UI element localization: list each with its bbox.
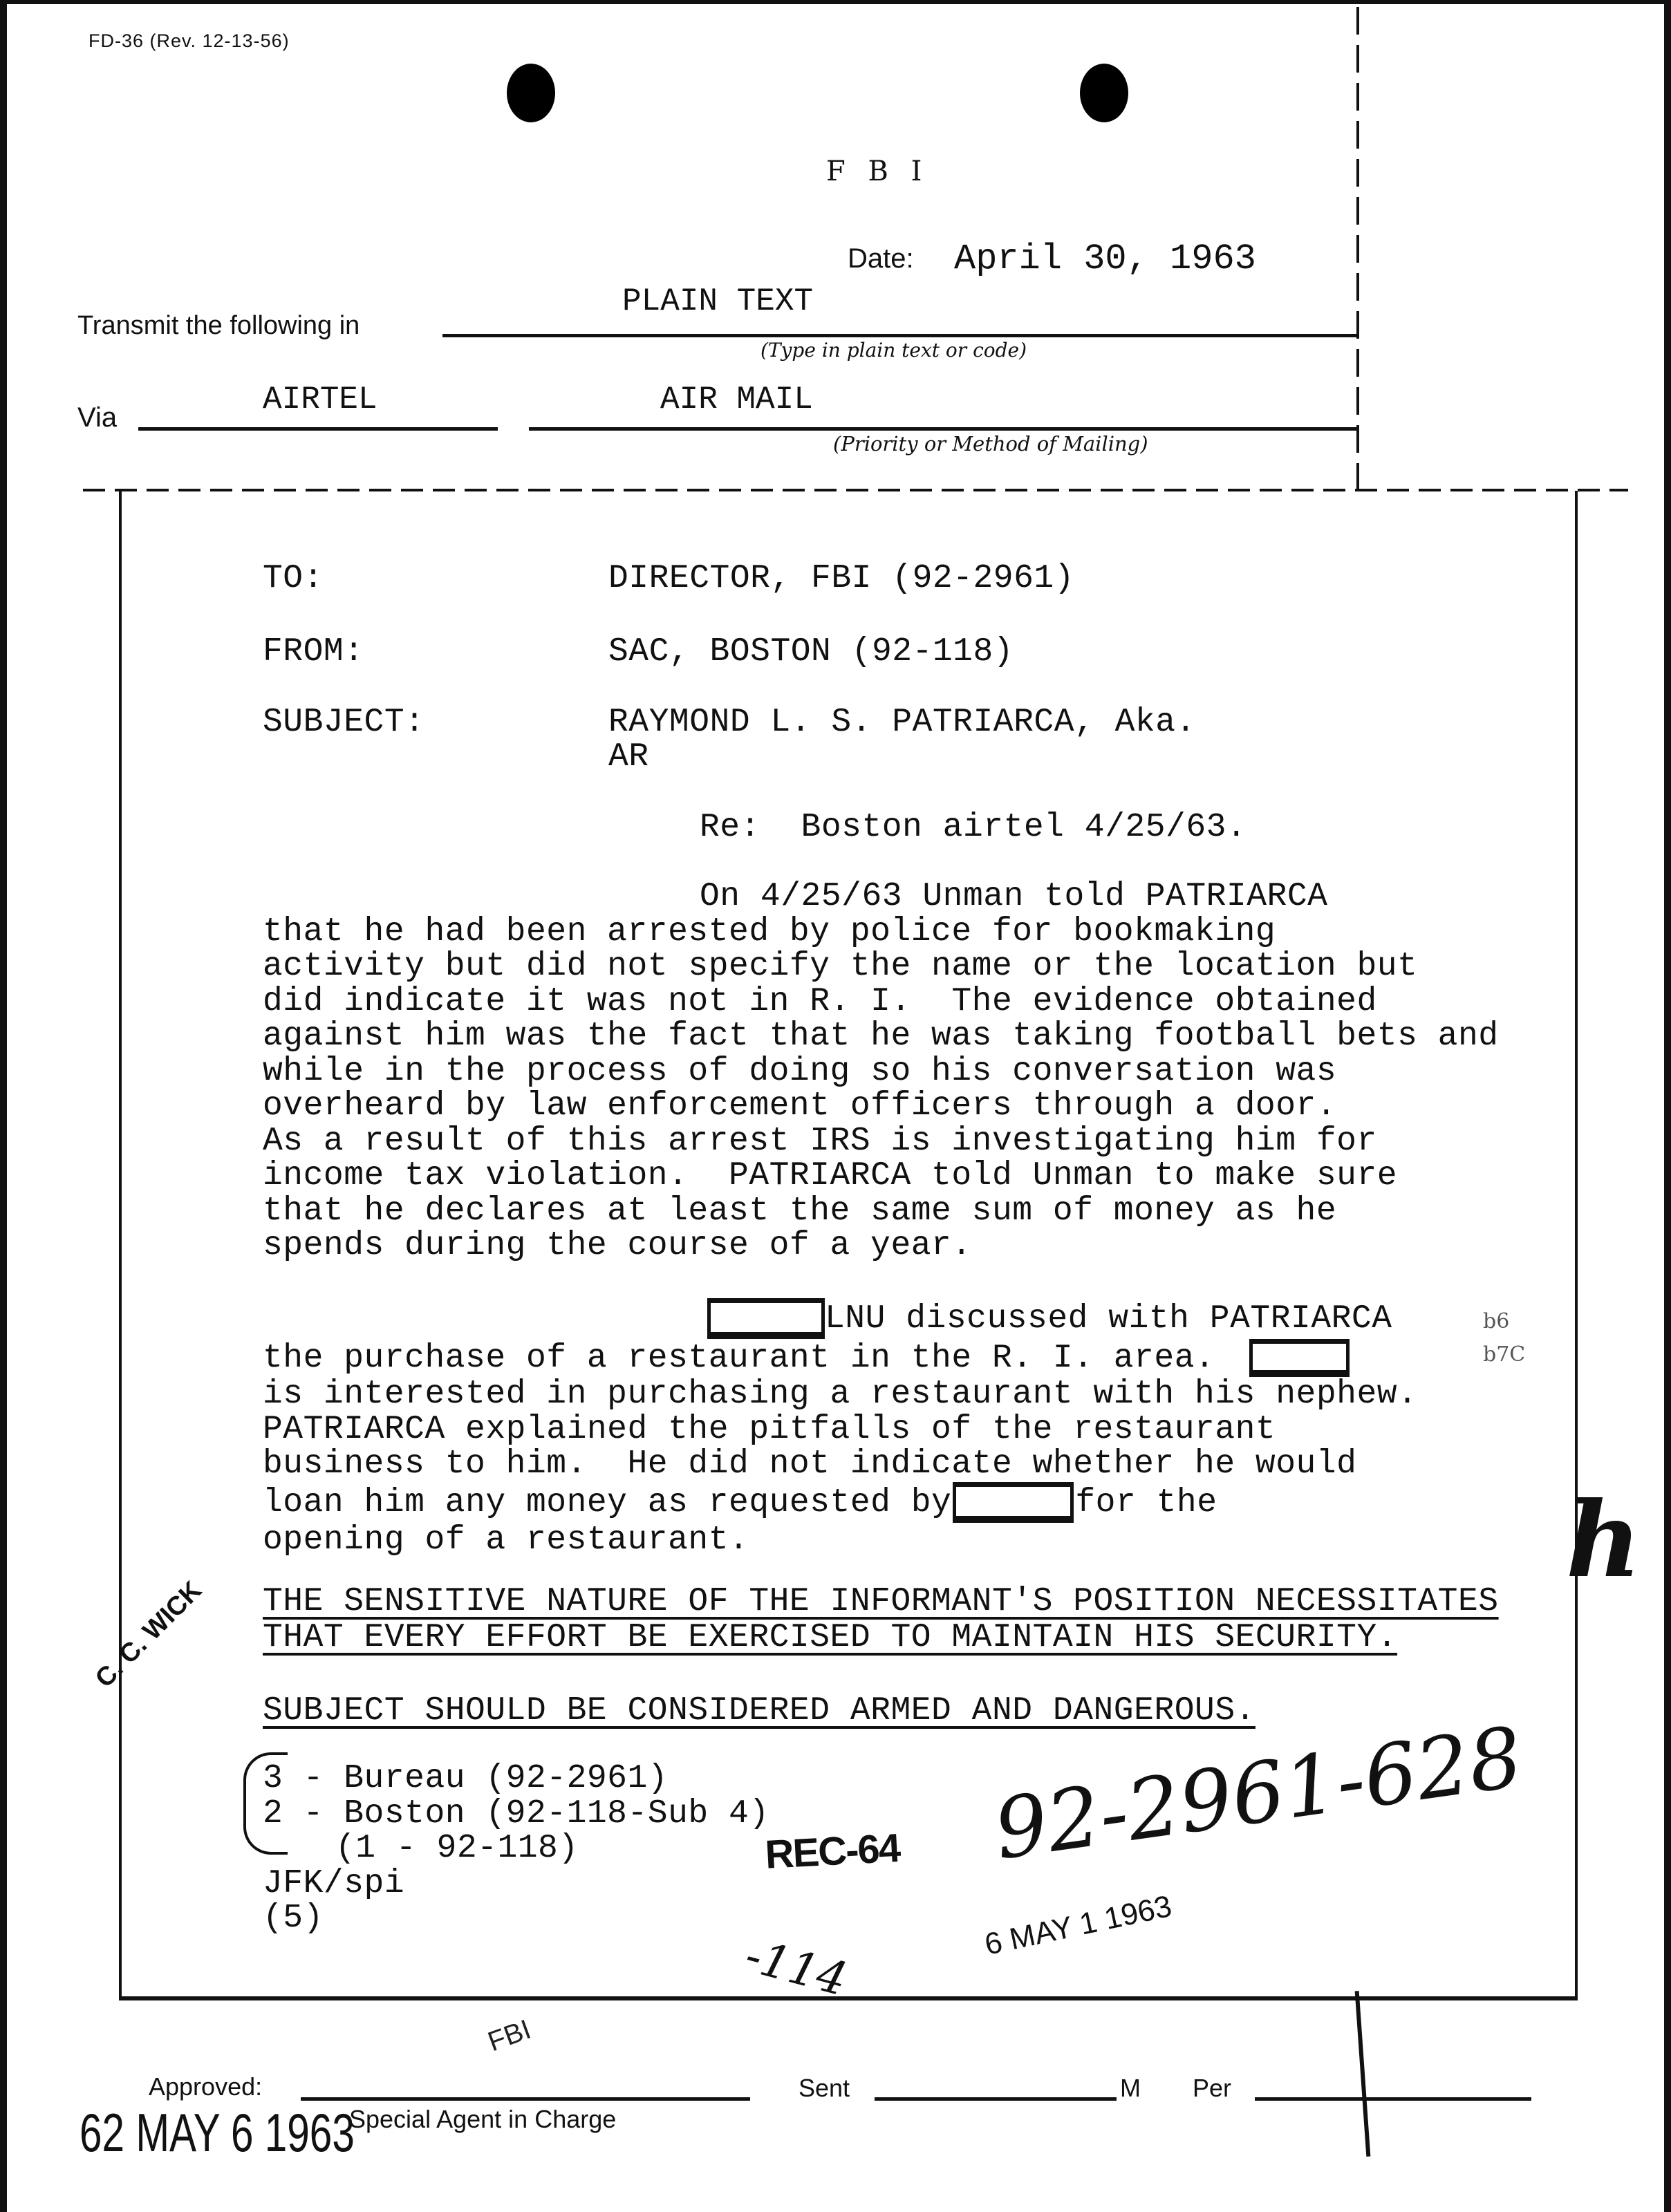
handwritten-file-number: 92-2961-628: [989, 1709, 1528, 1879]
approved-label: Approved:: [149, 2072, 262, 2101]
to-label: TO:: [263, 561, 324, 597]
from-label: FROM:: [263, 635, 364, 670]
para2-line: for the: [1075, 1484, 1217, 1521]
informant-warning-line-1: THE SENSITIVE NATURE OF THE INFORMANT'S …: [263, 1584, 1499, 1620]
date-value: April 30, 1963: [954, 238, 1256, 279]
form-dashed-divider-horizontal: [83, 489, 1628, 491]
scan-edge-right: [1664, 0, 1671, 2212]
re-line: Re: Boston airtel 4/25/63.: [700, 810, 1247, 845]
para1-line: As a result of this arrest IRS is invest…: [263, 1124, 1499, 1159]
fbi-stamp: FBI: [484, 2014, 535, 2059]
para1-line: overheard by law enforcement officers th…: [263, 1089, 1499, 1124]
para1-line: that he declares at least the same sum o…: [263, 1194, 1499, 1229]
form-dashed-divider-vertical: [1356, 7, 1359, 491]
received-date-stamp: 6 MAY 1 1963: [982, 1889, 1175, 1962]
to-value: DIRECTOR, FBI (92-2961): [608, 561, 1074, 597]
para2-line: LNU discussed with PATRIARCA: [825, 1300, 1392, 1338]
handwritten-initial: h: [1566, 1479, 1641, 1601]
body-box-right: [1575, 491, 1578, 1998]
priority-line: [529, 427, 1359, 431]
date-label: Date:: [848, 243, 914, 274]
scan-edge-top: [0, 0, 1671, 4]
via-label: Via: [77, 402, 117, 433]
sent-label: Sent: [799, 2074, 850, 2103]
rec-stamp: REC-64: [764, 1825, 901, 1878]
transmit-line: [442, 334, 1359, 337]
transmit-hint: (Type in plain text or code): [760, 339, 1027, 362]
exemption-code: b6: [1483, 1305, 1525, 1338]
para1-line: against him was the fact that he was tak…: [263, 1019, 1499, 1054]
side-routing-stamp: C. C. WICK: [90, 1576, 208, 1694]
scan-edge-left: [0, 0, 7, 2212]
para2-line: is interested in purchasing a restaurant…: [263, 1377, 1417, 1412]
body-box-left: [119, 491, 122, 1998]
distribution-list: 3 - Bureau (92-2961) 2 - Boston (92-118-…: [263, 1761, 769, 1936]
fbi-airtel-document: FD-36 (Rev. 12-13-56) F B I Date: April …: [0, 0, 1671, 2212]
subject-line-1: RAYMOND L. S. PATRIARCA, Aka.: [608, 705, 1196, 740]
per-line: [1255, 2097, 1531, 2101]
priority-value: AIR MAIL: [660, 382, 813, 418]
m-label: M: [1120, 2074, 1141, 2103]
priority-hint: (Priority or Method of Mailing): [833, 432, 1148, 456]
sac-label: Special Agent in Charge: [349, 2105, 616, 2134]
subject-line-2: AR: [608, 740, 649, 775]
redaction-box: [1249, 1339, 1350, 1377]
punch-hole-left: [507, 64, 555, 122]
via-line: [138, 427, 498, 431]
paragraph-2: LNU discussed with PATRIARCA the purchas…: [263, 1298, 1417, 1557]
agency-title: F B I: [826, 156, 928, 187]
distribution-line: 2 - Boston (92-118-Sub 4): [263, 1797, 769, 1832]
para2-line: opening of a restaurant.: [263, 1523, 1417, 1558]
transmit-value: PLAIN TEXT: [622, 283, 813, 319]
transmit-label: Transmit the following in: [77, 311, 360, 341]
distribution-line: JFK/spi: [263, 1866, 769, 1902]
armed-dangerous-warning: SUBJECT SHOULD BE CONSIDERED ARMED AND D…: [263, 1694, 1255, 1729]
from-value: SAC, BOSTON (92-118): [608, 635, 1014, 670]
para1-line: activity but did not specify the name or…: [263, 949, 1499, 984]
per-label: Per: [1193, 2074, 1231, 2103]
via-value: AIRTEL: [263, 382, 377, 418]
punch-hole-right: [1080, 64, 1128, 122]
para1-line: did indicate it was not in R. I. The evi…: [263, 984, 1499, 1020]
para2-line: the purchase of a restaurant in the R. I…: [263, 1340, 1215, 1377]
subject-label: SUBJECT:: [263, 705, 424, 740]
para2-line: business to him. He did not indicate whe…: [263, 1447, 1417, 1482]
para2-line: loan him any money as requested by: [263, 1484, 951, 1521]
redaction-box: [707, 1298, 825, 1339]
para1-line: income tax violation. PATRIARCA told Unm…: [263, 1159, 1499, 1194]
exemption-code: b7C: [1483, 1338, 1525, 1371]
para1-line: On 4/25/63 Unman told PATRIARCA: [263, 879, 1499, 915]
form-number: FD-36 (Rev. 12-13-56): [88, 30, 290, 52]
para2-line: PATRIARCA explained the pitfalls of the …: [263, 1412, 1417, 1447]
informant-warning-line-2: THAT EVERY EFFORT BE EXERCISED TO MAINTA…: [263, 1620, 1397, 1656]
distribution-line: 3 - Bureau (92-2961): [263, 1761, 769, 1797]
para1-line: that he had been arrested by police for …: [263, 915, 1499, 950]
serial-stamp: -114: [740, 1929, 852, 2007]
paragraph-1: On 4/25/63 Unman told PATRIARCA that he …: [263, 879, 1499, 1264]
para1-line: while in the process of doing so his con…: [263, 1054, 1499, 1089]
para1-line: spends during the course of a year.: [263, 1228, 1499, 1264]
exemption-codes: b6 b7C: [1483, 1305, 1525, 1371]
handwritten-bracket: [243, 1752, 288, 1855]
sent-line: [875, 2097, 1117, 2101]
approved-line: [301, 2097, 750, 2101]
bottom-date-stamp: 62 MAY 6 1963: [80, 2101, 355, 2164]
redaction-box: [953, 1482, 1074, 1523]
distribution-line: (5): [263, 1901, 769, 1936]
handwritten-check-mark: [1355, 1991, 1371, 2157]
distribution-line: (1 - 92-118): [263, 1831, 769, 1866]
